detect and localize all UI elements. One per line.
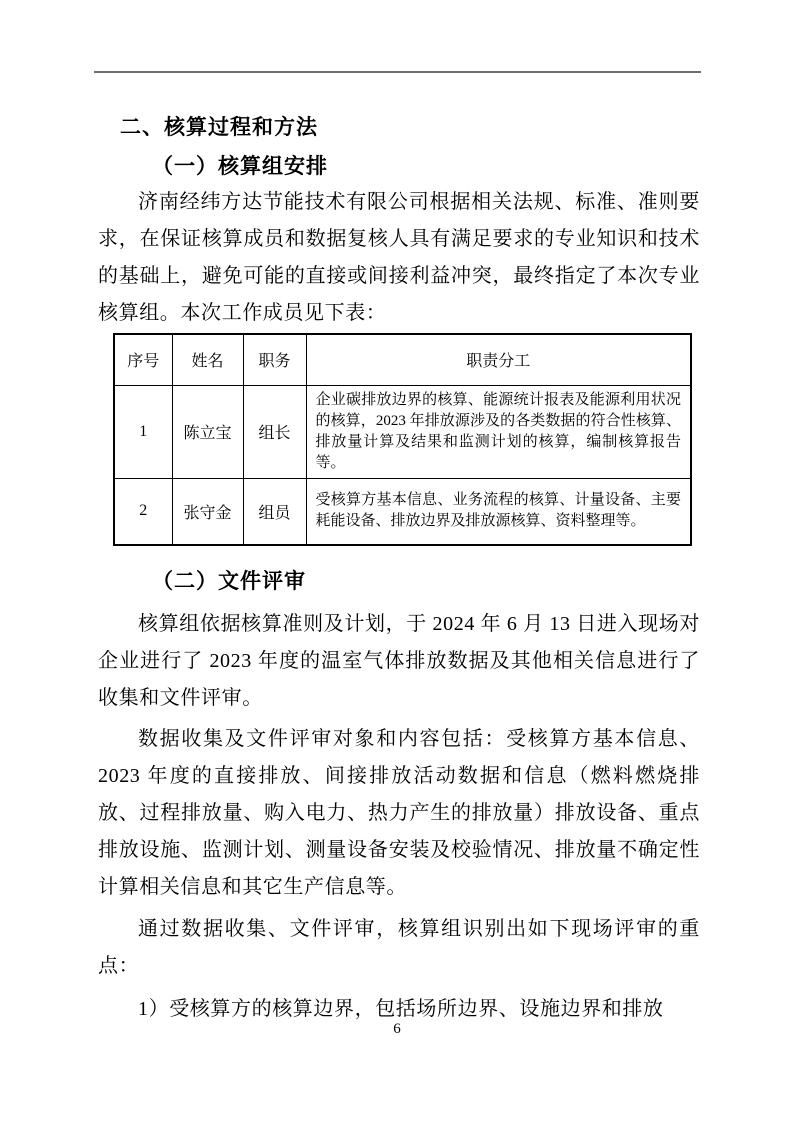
member-duty: 受核算方基本信息、业务流程的核算、计量设备、主要耗能设备、排放边界及排放源核算、… xyxy=(306,478,691,545)
member-role: 组员 xyxy=(243,478,306,545)
table-header-no: 序号 xyxy=(114,334,172,385)
subsection-heading-team: （一）核算组安排 xyxy=(152,152,700,180)
table-header-row: 序号 姓名 职务 职责分工 xyxy=(114,334,691,385)
member-name: 张守金 xyxy=(172,478,243,545)
table-row: 2 张守金 组员 受核算方基本信息、业务流程的核算、计量设备、主要耗能设备、排放… xyxy=(114,478,691,545)
table-header-duty: 职责分工 xyxy=(306,334,691,385)
paragraph-review-2: 数据收集及文件评审对象和内容包括：受核算方基本信息、2023 年度的直接排放、间… xyxy=(98,721,700,906)
member-name: 陈立宝 xyxy=(172,385,243,478)
paragraph-review-3: 通过数据收集、文件评审，核算组识别出如下现场评审的重点： xyxy=(98,911,700,985)
header-rule xyxy=(94,71,701,73)
member-no: 1 xyxy=(114,385,172,478)
table-header-role: 职务 xyxy=(243,334,306,385)
document-body: 二、核算过程和方法 （一）核算组安排 济南经纬方达节能技术有限公司根据相关法规、… xyxy=(98,100,700,1028)
team-table: 序号 姓名 职务 职责分工 1 陈立宝 组长 企业碳排放边界的核算、能源统计报表… xyxy=(113,333,692,546)
member-role: 组长 xyxy=(243,385,306,478)
section-heading: 二、核算过程和方法 xyxy=(120,113,700,141)
subsection-heading-review: （二）文件评审 xyxy=(152,567,700,595)
table-row: 1 陈立宝 组长 企业碳排放边界的核算、能源统计报表及能源利用状况的核算，202… xyxy=(114,385,691,478)
document-page: 二、核算过程和方法 （一）核算组安排 济南经纬方达节能技术有限公司根据相关法规、… xyxy=(0,0,794,1123)
page-number: 6 xyxy=(0,1021,794,1038)
table-header-name: 姓名 xyxy=(172,334,243,385)
member-no: 2 xyxy=(114,478,172,545)
paragraph-review-1: 核算组依据核算准则及计划，于 2024 年 6 月 13 日进入现场对企业进行了… xyxy=(98,606,700,717)
member-duty: 企业碳排放边界的核算、能源统计报表及能源利用状况的核算，2023 年排放源涉及的… xyxy=(306,385,691,478)
paragraph-team-intro: 济南经纬方达节能技术有限公司根据相关法规、标准、准则要求，在保证核算成员和数据复… xyxy=(98,184,700,332)
